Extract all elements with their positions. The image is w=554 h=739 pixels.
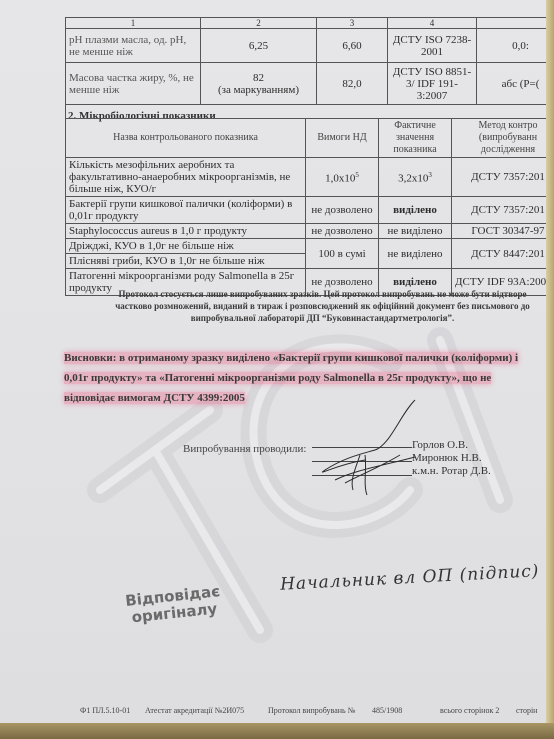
requirement-value: не дозволено [306, 224, 379, 239]
header-actual: Фактичне значення показника [379, 119, 452, 158]
footer-protocol-number: 485/1908 [372, 706, 402, 715]
tester-name: Миронюк Н.В. [412, 452, 491, 465]
indicator-name: pH плазми масла, од. pH, не менше ніж [66, 29, 201, 63]
method-value: ДСТУ 7357:201 [452, 197, 549, 224]
actual-exp: 3 [428, 171, 432, 179]
col-num-5 [477, 18, 549, 29]
desk-edge-right [546, 0, 554, 739]
col-num-1: 1 [66, 18, 201, 29]
footer-protocol-label: Протокол випробувань № [268, 706, 355, 715]
requirement-value: не дозволено [306, 197, 379, 224]
requirement-base: 1,0x10 [325, 173, 355, 185]
header-requirement: Вимоги НД [306, 119, 379, 158]
requirement-note: (за маркуванням) [204, 84, 313, 96]
requirement-value: 6,25 [201, 29, 317, 63]
footer-page: сторін [516, 706, 537, 715]
actual-base: 3,2x10 [398, 173, 428, 185]
header-indicator-name: Назва контрольованого показника [66, 119, 306, 158]
indicator-name: Кількість мезофільних аеробних та факуль… [66, 158, 306, 197]
conclusion-line-2: 0,01г продукту» та «Патогенні мікроорган… [64, 372, 491, 384]
method-value: ДСТУ 7357:201 [452, 158, 549, 197]
footer-pages-total: всього сторінок 2 [440, 706, 499, 715]
testers-label: Випробування проводили: [183, 443, 306, 455]
table-row: pH плазми масла, од. pH, не менше ніж 6,… [66, 29, 549, 63]
indicator-name: Бактерії групи кишкової палички (коліфор… [66, 197, 306, 224]
testers-list: Горлов О.В. Миронюк Н.В. к.м.н. Ротар Д.… [412, 439, 491, 478]
col-num-2: 2 [201, 18, 317, 29]
conclusion: Висновки: в отриманому зразку виділено «… [64, 348, 544, 408]
col-num-3: 3 [317, 18, 388, 29]
method-value: ДСТУ 8447:201 [452, 239, 549, 269]
microbiological-table: Назва контрольованого показника Вимоги Н… [65, 118, 548, 296]
col-num-4: 4 [388, 18, 477, 29]
requirement-exp: 5 [355, 171, 359, 179]
table-header-row: Назва контрольованого показника Вимоги Н… [66, 119, 549, 158]
requirement-value: 82 [204, 72, 313, 84]
table-row: Staphylococcus aureus в 1,0 г продукту н… [66, 224, 549, 239]
actual-value: 6,60 [317, 29, 388, 63]
actual-value: не виділено [379, 224, 452, 239]
requirement-value: 100 в сумі [306, 239, 379, 269]
column-numbers-row: 1 2 3 4 [66, 18, 549, 29]
table-row: Бактерії групи кишкової палички (коліфор… [66, 197, 549, 224]
handwritten-note: Начальник вл ОП (підпис) [280, 561, 540, 595]
desk-edge-bottom [0, 723, 554, 739]
tester-name: Горлов О.В. [412, 439, 491, 452]
table-row: Дріжджі, КУО в 1,0г не більше ніж 100 в … [66, 239, 549, 254]
physicochemical-table: 1 2 3 4 pH плазми масла, од. pH, не менш… [65, 17, 548, 105]
document-page: 1 2 3 4 pH плазми масла, од. pH, не менш… [0, 0, 548, 725]
footer-form: Ф1 ПЛ.5.10-01 [80, 706, 130, 715]
tester-name: к.м.н. Ротар Д.В. [412, 465, 491, 478]
actual-value: не виділено [379, 239, 452, 269]
header-method: Метод контро (випробуванн дослідження [452, 119, 549, 158]
indicator-name: Плісняві гриби, КУО в 1,0г не більше ніж [66, 254, 306, 269]
method-value: ДСТУ ISO 7238-2001 [388, 29, 477, 63]
indicator-name: Дріжджі, КУО в 1,0г не більше ніж [66, 239, 306, 254]
indicator-name: Staphylococcus aureus в 1,0 г продукту [66, 224, 306, 239]
conclusion-line-1: Висновки: в отриманому зразку виділено «… [64, 352, 518, 364]
actual-value: виділено [379, 197, 452, 224]
protocol-notice: Протокол стосується лише випробуваних зр… [100, 288, 545, 324]
actual-value: 3,2x103 [379, 158, 452, 197]
method-value: ГОСТ 30347-97 [452, 224, 549, 239]
extra-value: 0,0: [477, 29, 549, 63]
table-row: Кількість мезофільних аеробних та факуль… [66, 158, 549, 197]
certified-copy-stamp: Відповідає оригіналу [124, 583, 222, 627]
conclusion-line-3: відповідає вимогам ДСТУ 4399:2005 [64, 392, 245, 404]
footer-accreditation: Атестат акредитації №2И075 [145, 706, 244, 715]
requirement-value: 1,0x105 [306, 158, 379, 197]
